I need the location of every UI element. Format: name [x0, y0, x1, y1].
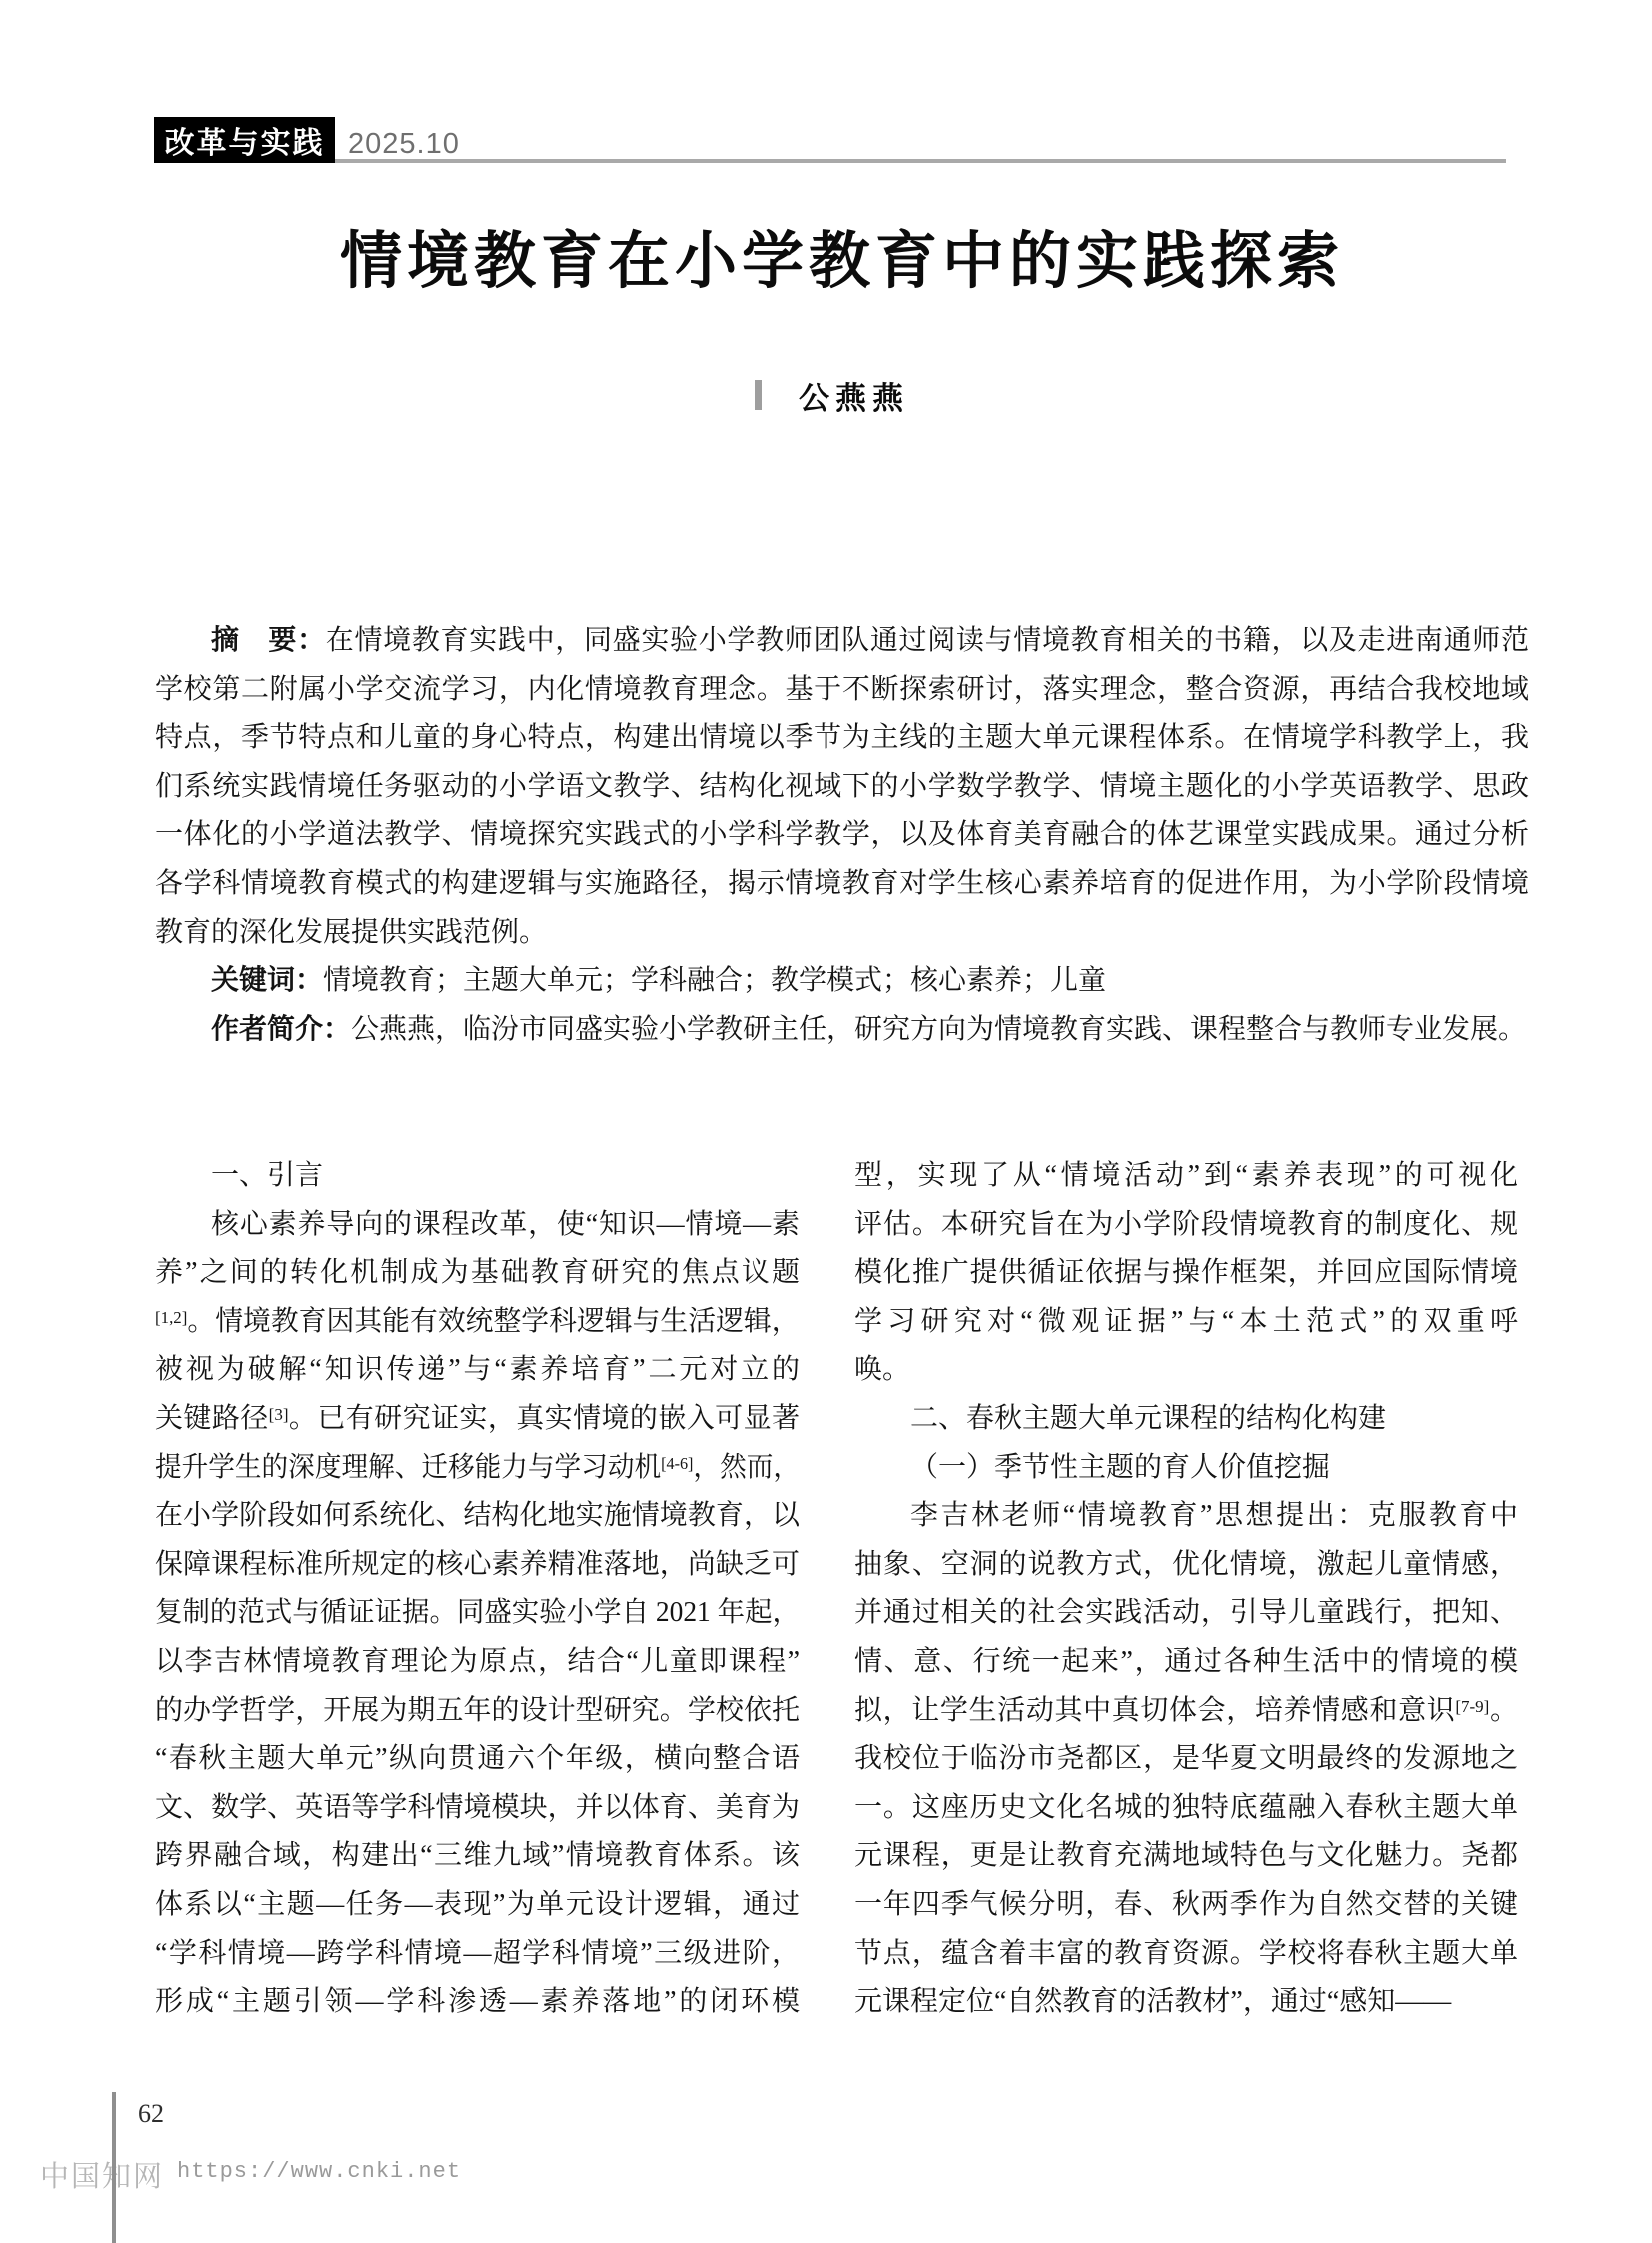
text-line: 二、春秋主题大单元课程的结构化构建	[854, 1395, 1518, 1444]
text-line: 一、引言	[155, 1152, 800, 1201]
text-line: 核心素养导向的课程改革，使“知识—情境—素	[155, 1201, 800, 1250]
text-line: [1,2]。情境教育因其能有效统整学科逻辑与生活逻辑，	[155, 1298, 800, 1347]
footer-rule-bar	[112, 2092, 116, 2243]
author-name: 公燕燕	[799, 373, 909, 418]
text-line: （一）季节性主题的育人价值挖掘	[854, 1444, 1518, 1493]
text-line: 提升学生的深度理解、迁移能力与学习动机[4-6]，然而，	[155, 1444, 800, 1493]
watermark-cnki: 中国知网	[40, 2154, 164, 2195]
text-line: “学科情境—跨学科情境—超学科情境”三级进阶，	[155, 1930, 800, 1979]
text-line: 文、数学、英语等学科情境模块，并以体育、美育为	[155, 1784, 800, 1833]
text-line: 关键词：情境教育；主题大单元；学科融合；教学模式；核心素养；儿童	[155, 957, 1529, 1006]
text-line: 形成“主题引领—学科渗透—素养落地”的闭环模	[155, 1978, 800, 2027]
text-line: 保障课程标准所规定的核心素养精准落地，尚缺乏可	[155, 1541, 800, 1590]
text-line: 唤。	[854, 1346, 1518, 1395]
text-line: 跨界融合域，构建出“三维九域”情境教育体系。该	[155, 1832, 800, 1881]
page-number: 62	[138, 2099, 164, 2129]
text-line: 摘 要：在情境教育实践中，同盛实验小学教师团队通过阅读与情境教育相关的书籍，以及…	[155, 617, 1529, 666]
text-line: 评估。本研究旨在为小学阶段情境教育的制度化、规	[854, 1201, 1518, 1250]
author-marker-bar	[755, 380, 762, 410]
text-line: 模化推广提供循证依据与操作框架，并回应国际情境	[854, 1249, 1518, 1298]
text-line: 元课程定位“自然教育的活教材”，通过“感知——	[854, 1978, 1518, 2027]
text-line: 节点，蕴含着丰富的教育资源。学校将春秋主题大单	[854, 1930, 1518, 1979]
text-line: 体系以“主题—任务—表现”为单元设计逻辑，通过	[155, 1881, 800, 1930]
body-column-left: 一、引言核心素养导向的课程改革，使“知识—情境—素养”之间的转化机制成为基础教育…	[155, 1152, 800, 2027]
journal-name: 改革与实践	[165, 118, 325, 162]
text-line: 被视为破解“知识传递”与“素养培育”二元对立的	[155, 1346, 800, 1395]
text-line: 我校位于临汾市尧都区，是华夏文明最终的发源地之	[854, 1735, 1518, 1784]
text-line: 以李吉林情境教育理论为原点，结合“儿童即课程”	[155, 1638, 800, 1687]
text-line: 学校第二附属小学交流学习，内化情境教育理念。基于不断探索研讨，落实理念，整合资源…	[155, 666, 1529, 715]
watermark-url: https://www.cnki.net	[177, 2159, 461, 2184]
text-line: 情、意、行统一起来”，通过各种生活中的情境的模	[854, 1638, 1518, 1687]
text-line: 学习研究对“微观证据”与“本土范式”的双重呼	[854, 1298, 1518, 1347]
text-line: 教育的深化发展提供实践范例。	[155, 909, 1529, 958]
abstract-block: 摘 要：在情境教育实践中，同盛实验小学教师团队通过阅读与情境教育相关的书籍，以及…	[155, 617, 1529, 1054]
text-line: 养”之间的转化机制成为基础教育研究的焦点议题	[155, 1249, 800, 1298]
body-column-right: 型，实现了从“情境活动”到“素养表现”的可视化评估。本研究旨在为小学阶段情境教育…	[854, 1152, 1518, 2027]
text-line: 复制的范式与循证证据。同盛实验小学自 2021 年起，	[155, 1589, 800, 1638]
text-line: 特点，季节特点和儿童的身心特点，构建出情境以季节为主线的主题大单元课程体系。在情…	[155, 714, 1529, 763]
journal-page: 改革与实践 2025.10 情境教育在小学教育中的实践探索 公燕燕 摘 要：在情…	[0, 0, 1652, 2243]
text-line: 一体化的小学道法教学、情境探究实践式的小学科学教学，以及体育美育融合的体艺课堂实…	[155, 811, 1529, 860]
text-line: 在小学阶段如何系统化、结构化地实施情境教育，以	[155, 1492, 800, 1541]
text-line: “春秋主题大单元”纵向贯通六个年级，横向整合语	[155, 1735, 800, 1784]
text-line: 拟，让学生活动其中真切体会，培养情感和意识[7-9]。	[854, 1687, 1518, 1736]
text-line: 们系统实践情境任务驱动的小学语文教学、结构化视域下的小学数学教学、情境主题化的小…	[155, 763, 1529, 812]
text-line: 抽象、空洞的说教方式，优化情境，激起儿童情感，	[854, 1541, 1518, 1590]
text-line: 并通过相关的社会实践活动，引导儿童践行，把知、	[854, 1589, 1518, 1638]
text-line: 一。这座历史文化名城的独特底蕴融入春秋主题大单	[854, 1784, 1518, 1833]
text-line: 的办学哲学，开展为期五年的设计型研究。学校依托	[155, 1687, 800, 1736]
journal-issue: 2025.10	[348, 128, 460, 161]
text-line: 元课程，更是让教育充满地域特色与文化魅力。尧都	[854, 1832, 1518, 1881]
text-line: 各学科情境教育模式的构建逻辑与实施路径，揭示情境教育对学生核心素养培育的促进作用…	[155, 860, 1529, 909]
article-title: 情境教育在小学教育中的实践探索	[155, 222, 1529, 302]
text-line: 作者简介：公燕燕，临汾市同盛实验小学教研主任，研究方向为情境教育实践、课程整合与…	[155, 1006, 1529, 1055]
text-line: 一年四季气候分明，春、秋两季作为自然交替的关键	[854, 1881, 1518, 1930]
text-line: 李吉林老师“情境教育”思想提出：克服教育中	[854, 1492, 1518, 1541]
journal-name-box: 改革与实践	[154, 117, 335, 163]
text-line: 型，实现了从“情境活动”到“素养表现”的可视化	[854, 1152, 1518, 1201]
text-line: 关键路径[3]。已有研究证实，真实情境的嵌入可显著	[155, 1395, 800, 1444]
